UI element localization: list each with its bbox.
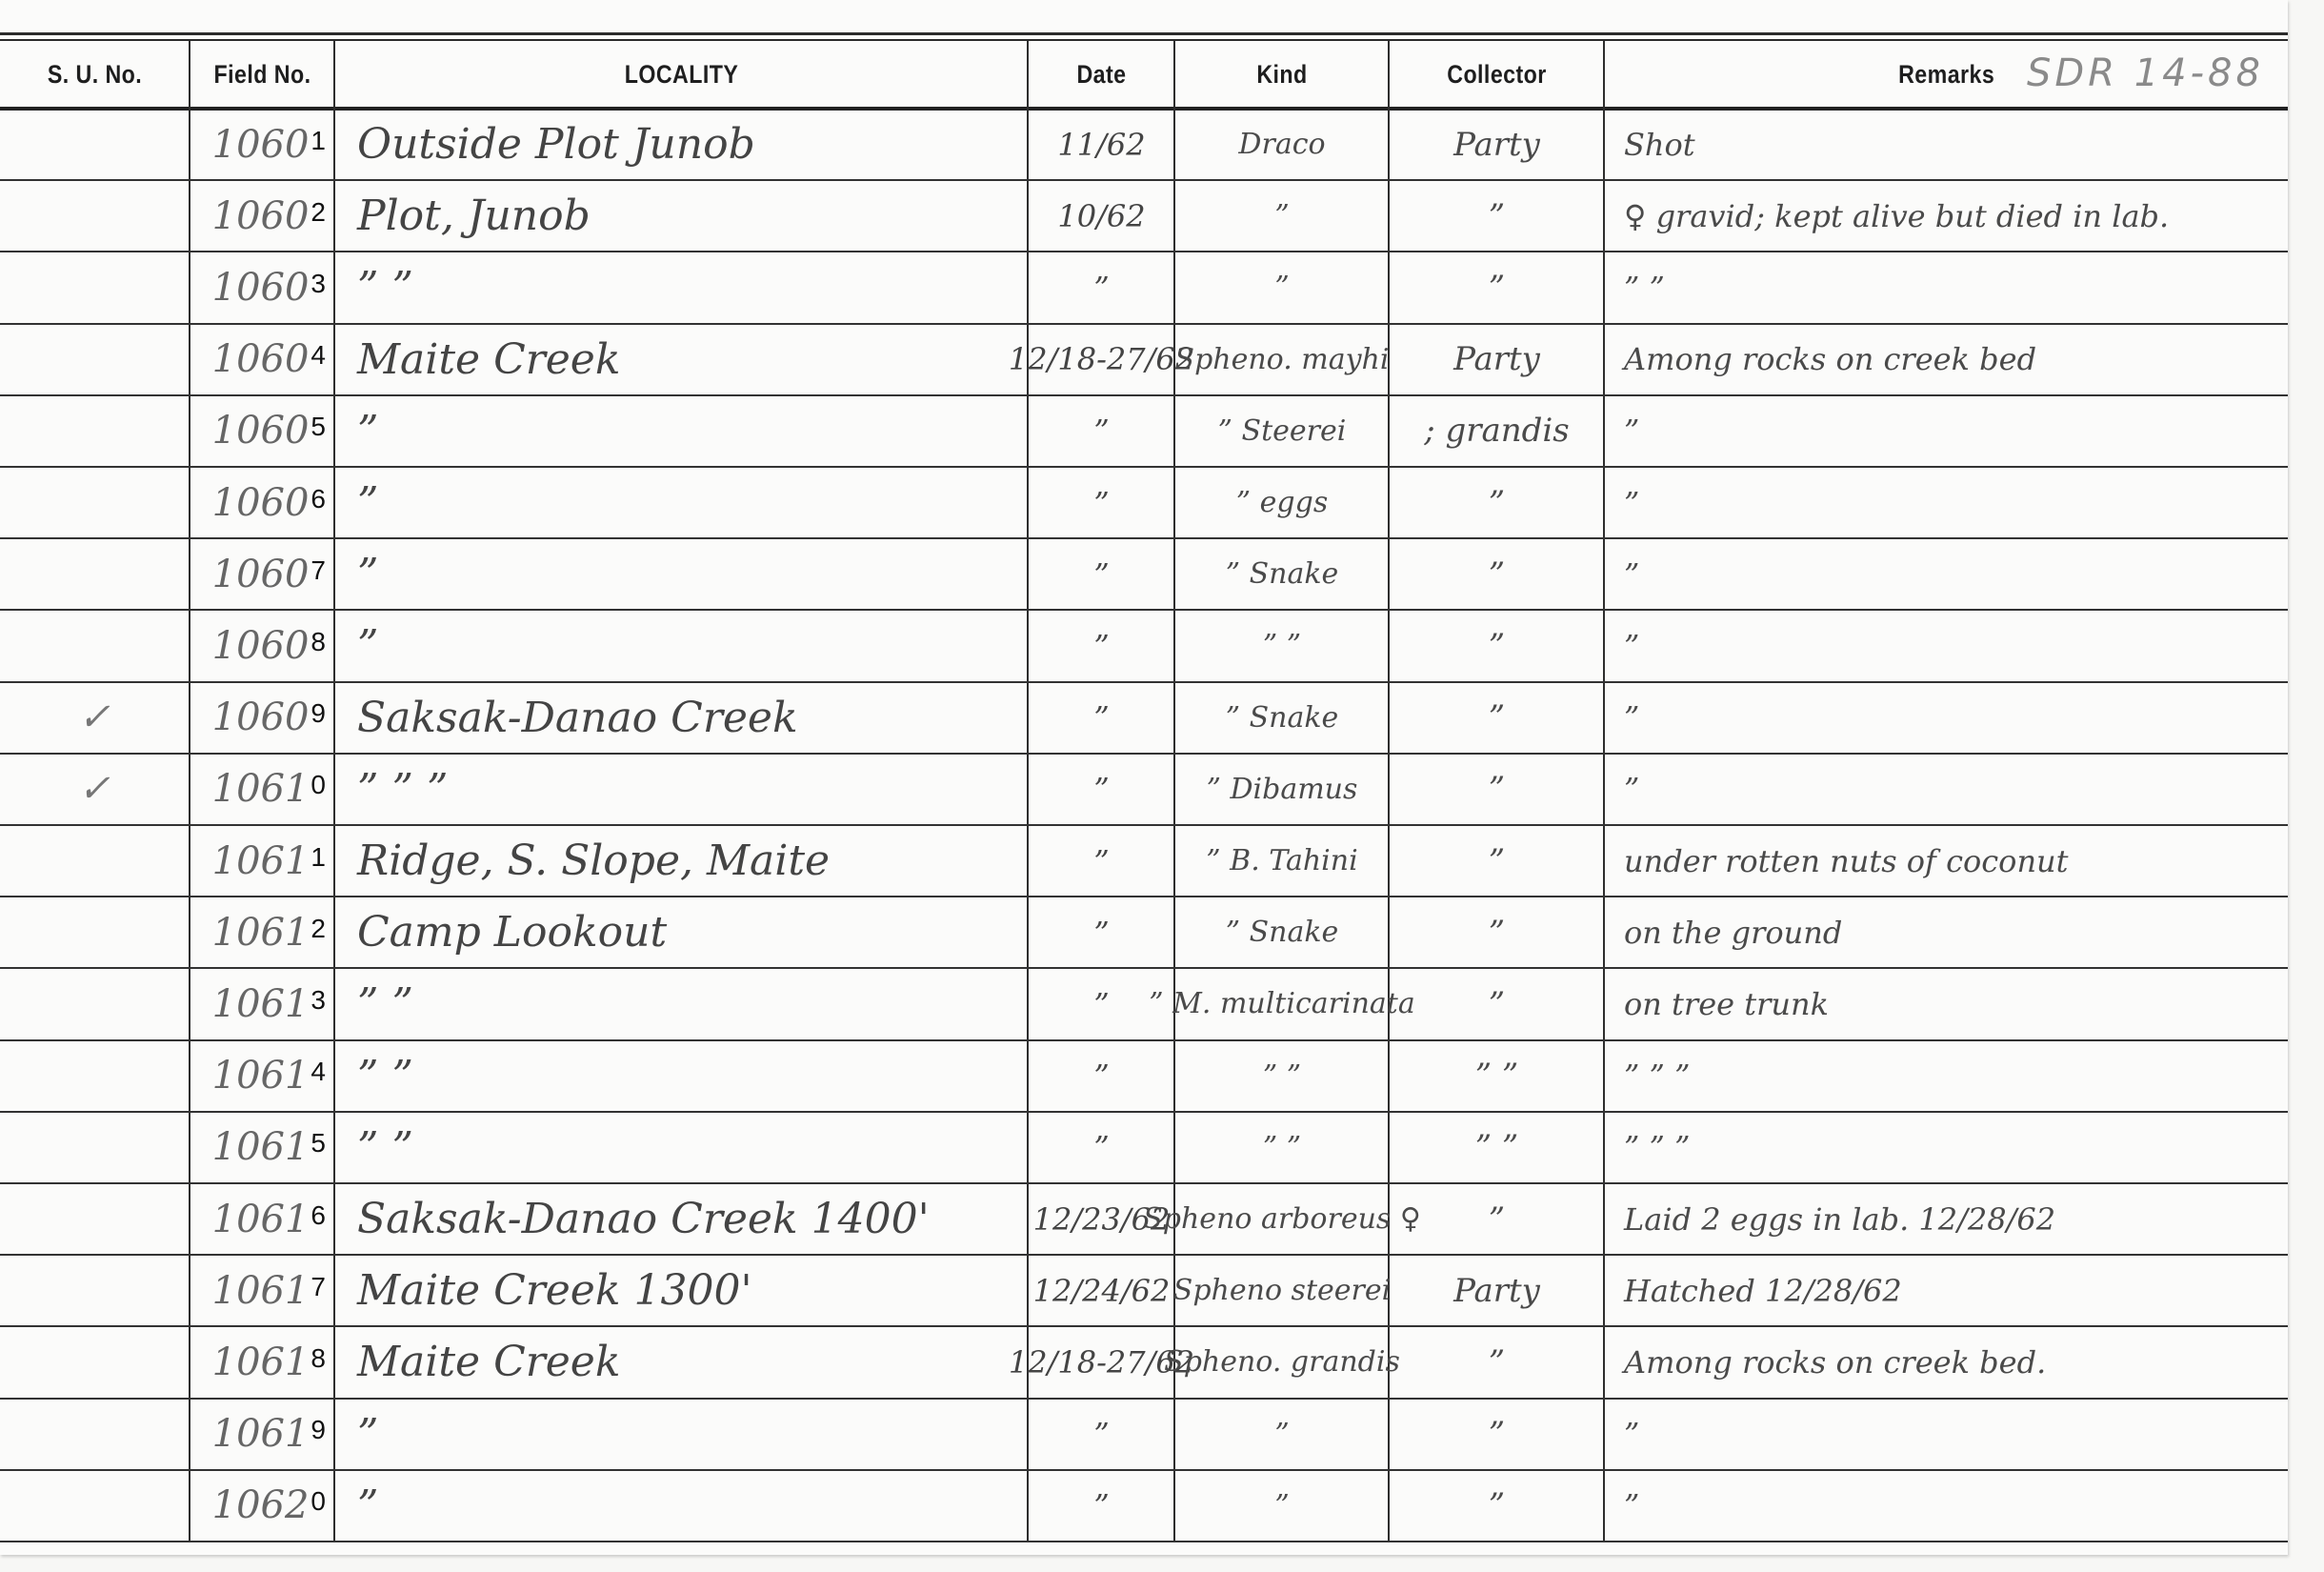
field-number-printed-digit: 1 xyxy=(311,842,326,873)
field-number-handwritten: 1060 xyxy=(212,695,310,739)
field-number-printed-digit: 5 xyxy=(311,412,326,442)
remarks-cell: ” xyxy=(1624,754,2286,825)
locality-cell: Maite Creek 1300' xyxy=(357,1255,1024,1326)
su-check-mark xyxy=(0,825,189,897)
collector-cell: ; grandis xyxy=(1390,395,1604,467)
field-number-handwritten: 1060 xyxy=(212,123,310,167)
date-cell: 11/62 xyxy=(1029,109,1174,180)
kind-cell: ” ” xyxy=(1175,1112,1389,1183)
remarks-cell: ” ” ” xyxy=(1624,1040,2286,1112)
su-check-mark xyxy=(0,1112,189,1183)
kind-cell: ” Snake xyxy=(1175,897,1389,968)
remarks-cell: on tree trunk xyxy=(1624,968,2286,1039)
remarks-cell: ♀ gravid; kept alive but died in lab. xyxy=(1624,180,2286,252)
field-number-handwritten: 1061 xyxy=(212,767,310,811)
field-number-handwritten: 1060 xyxy=(212,337,310,381)
locality-cell: Saksak-Danao Creek xyxy=(357,682,1024,754)
field-number-handwritten: 1062 xyxy=(212,1483,310,1527)
kind-cell: Spheno arboreus ♀ xyxy=(1175,1183,1389,1255)
header-locality: LOCALITY xyxy=(384,41,979,108)
remarks-cell: ” xyxy=(1624,467,2286,538)
locality-cell: Maite Creek xyxy=(357,324,1024,395)
date-cell: 12/18-27/62 xyxy=(1029,324,1174,395)
date-cell: 10/62 xyxy=(1029,180,1174,252)
field-number-printed-digit: 6 xyxy=(311,484,326,514)
field-number-cell: 10602 xyxy=(190,180,333,252)
field-number-handwritten: 1060 xyxy=(212,481,310,525)
field-number-cell: 10613 xyxy=(190,968,333,1039)
date-cell: ” xyxy=(1029,610,1174,681)
collector-cell: ” xyxy=(1390,1183,1604,1255)
field-number-printed-digit: 1 xyxy=(311,126,326,156)
date-cell: ” xyxy=(1029,252,1174,323)
locality-cell: ” ” xyxy=(357,1040,1024,1112)
header-su-no: S. U. No. xyxy=(13,41,176,108)
locality-cell: ” ” xyxy=(357,968,1024,1039)
locality-cell: Maite Creek xyxy=(357,1326,1024,1398)
collector-cell: ” xyxy=(1390,1326,1604,1398)
date-cell: ” xyxy=(1029,897,1174,968)
locality-cell: ” ” xyxy=(357,1112,1024,1183)
collector-cell: ” xyxy=(1390,252,1604,323)
field-number-handwritten: 1060 xyxy=(212,553,310,596)
field-number-handwritten: 1061 xyxy=(212,1269,310,1313)
top-double-rule xyxy=(0,32,2288,35)
collector-cell: ” xyxy=(1390,538,1604,610)
locality-cell: ” xyxy=(357,538,1024,610)
field-number-printed-digit: 4 xyxy=(311,1057,326,1087)
field-number-printed-digit: 9 xyxy=(311,698,326,729)
kind-cell: ” Dibamus xyxy=(1175,754,1389,825)
su-check-mark xyxy=(0,1326,189,1398)
su-check-mark xyxy=(0,968,189,1039)
field-number-printed-digit: 0 xyxy=(311,1486,326,1517)
locality-cell: Outside Plot Junob xyxy=(357,109,1024,180)
field-number-cell: 10619 xyxy=(190,1399,333,1470)
locality-cell: ” xyxy=(357,1470,1024,1542)
su-check-mark xyxy=(0,324,189,395)
field-number-cell: 10614 xyxy=(190,1040,333,1112)
field-number-handwritten: 1061 xyxy=(212,911,310,955)
field-number-printed-digit: 8 xyxy=(311,627,326,657)
kind-cell: ” B. Tahini xyxy=(1175,825,1389,897)
field-number-printed-digit: 7 xyxy=(311,1272,326,1302)
collector-cell: ” xyxy=(1390,825,1604,897)
kind-cell: ” Steerei xyxy=(1175,395,1389,467)
su-check-mark xyxy=(0,610,189,681)
field-number-cell: 10604 xyxy=(190,324,333,395)
date-cell: ” xyxy=(1029,1112,1174,1183)
locality-cell: ” xyxy=(357,395,1024,467)
remarks-cell: under rotten nuts of coconut xyxy=(1624,825,2286,897)
collector-cell: Party xyxy=(1390,109,1604,180)
remarks-cell: ” xyxy=(1624,395,2286,467)
kind-cell: ” ” xyxy=(1175,610,1389,681)
remarks-cell: Among rocks on creek bed xyxy=(1624,324,2286,395)
locality-cell: ” ” xyxy=(357,252,1024,323)
date-cell: ” xyxy=(1029,1399,1174,1470)
remarks-cell: ” ” ” xyxy=(1624,1112,2286,1183)
collector-cell: ” xyxy=(1390,897,1604,968)
field-number-cell: 10603 xyxy=(190,252,333,323)
field-number-cell: 10616 xyxy=(190,1183,333,1255)
kind-cell: Spheno. mayhi xyxy=(1175,324,1389,395)
kind-cell: ” xyxy=(1175,1399,1389,1470)
field-number-handwritten: 1061 xyxy=(212,1125,310,1169)
field-number-cell: 10611 xyxy=(190,825,333,897)
field-number-cell: 10606 xyxy=(190,467,333,538)
remarks-cell: ” xyxy=(1624,610,2286,681)
collector-cell: ” xyxy=(1390,1470,1604,1542)
collector-cell: ” ” xyxy=(1390,1112,1604,1183)
field-number-printed-digit: 4 xyxy=(311,340,326,371)
locality-cell: Saksak-Danao Creek 1400' xyxy=(357,1183,1024,1255)
remarks-cell: ” xyxy=(1624,538,2286,610)
remarks-cell: ” xyxy=(1624,1470,2286,1542)
remarks-cell: ” xyxy=(1624,682,2286,754)
header-remarks: Remarks xyxy=(1634,41,1994,108)
field-number-cell: 10601 xyxy=(190,109,333,180)
catalog-annotation: SDR 14-88 xyxy=(2027,51,2264,95)
field-number-handwritten: 1060 xyxy=(212,194,310,238)
locality-cell: ” ” ” xyxy=(357,754,1024,825)
header-collector: Collector xyxy=(1405,41,1590,108)
column-divider xyxy=(333,41,335,1542)
field-number-cell: 10610 xyxy=(190,754,333,825)
field-number-cell: 10620 xyxy=(190,1470,333,1542)
su-check-mark xyxy=(0,1040,189,1112)
su-check-mark: ✓ xyxy=(0,754,189,825)
date-cell: ” xyxy=(1029,1470,1174,1542)
kind-cell: ” xyxy=(1175,1470,1389,1542)
su-check-mark xyxy=(0,180,189,252)
field-number-printed-digit: 3 xyxy=(311,269,326,299)
field-number-cell: 10618 xyxy=(190,1326,333,1398)
field-number-handwritten: 1061 xyxy=(212,982,310,1026)
field-number-handwritten: 1061 xyxy=(212,1198,310,1241)
field-number-handwritten: 1061 xyxy=(212,1412,310,1456)
date-cell: ” xyxy=(1029,682,1174,754)
field-number-printed-digit: 7 xyxy=(311,555,326,586)
collector-cell: ” ” xyxy=(1390,1040,1604,1112)
su-check-mark xyxy=(0,395,189,467)
remarks-cell: Among rocks on creek bed. xyxy=(1624,1326,2286,1398)
field-number-printed-digit: 8 xyxy=(311,1343,326,1374)
field-number-handwritten: 1060 xyxy=(212,409,310,453)
su-check-mark xyxy=(0,1183,189,1255)
date-cell: 12/24/62 xyxy=(1029,1255,1174,1326)
collector-cell: ” xyxy=(1390,968,1604,1039)
collector-cell: ” xyxy=(1390,1399,1604,1470)
su-check-mark xyxy=(0,1399,189,1470)
collector-cell: ” xyxy=(1390,682,1604,754)
catalog-card: S. U. No. Field No. LOCALITY Date Kind C… xyxy=(0,0,2288,1555)
date-cell: ” xyxy=(1029,538,1174,610)
field-number-cell: 10605 xyxy=(190,395,333,467)
collector-cell: Party xyxy=(1390,1255,1604,1326)
collector-cell: Party xyxy=(1390,324,1604,395)
su-check-mark xyxy=(0,1255,189,1326)
locality-cell: Plot, Junob xyxy=(357,180,1024,252)
date-cell: 12/18-27/62 xyxy=(1029,1326,1174,1398)
remarks-cell: on the ground xyxy=(1624,897,2286,968)
kind-cell: ” M. multicarinata xyxy=(1175,968,1389,1039)
field-number-handwritten: 1060 xyxy=(212,624,310,668)
kind-cell: Spheno. grandis xyxy=(1175,1326,1389,1398)
field-number-cell: 10617 xyxy=(190,1255,333,1326)
locality-cell: ” xyxy=(357,467,1024,538)
locality-cell: ” xyxy=(357,1399,1024,1470)
kind-cell: ” Snake xyxy=(1175,538,1389,610)
collector-cell: ” xyxy=(1390,467,1604,538)
header-field-no: Field No. xyxy=(201,41,325,108)
locality-cell: Camp Lookout xyxy=(357,897,1024,968)
date-cell: ” xyxy=(1029,825,1174,897)
field-number-handwritten: 1061 xyxy=(212,1054,310,1098)
su-check-mark: ✓ xyxy=(0,682,189,754)
field-number-handwritten: 1061 xyxy=(212,839,310,883)
remarks-cell: ” xyxy=(1624,1399,2286,1470)
field-number-printed-digit: 2 xyxy=(311,914,326,944)
collector-cell: ” xyxy=(1390,180,1604,252)
field-number-handwritten: 1061 xyxy=(212,1340,310,1384)
collector-cell: ” xyxy=(1390,754,1604,825)
locality-cell: Ridge, S. Slope, Maite xyxy=(357,825,1024,897)
field-number-handwritten: 1060 xyxy=(212,266,310,310)
field-number-cell: 10615 xyxy=(190,1112,333,1183)
remarks-cell: Hatched 12/28/62 xyxy=(1624,1255,2286,1326)
kind-cell: Draco xyxy=(1175,109,1389,180)
field-number-printed-digit: 5 xyxy=(311,1128,326,1159)
remarks-cell: Laid 2 eggs in lab. 12/28/62 xyxy=(1624,1183,2286,1255)
field-number-cell: 10607 xyxy=(190,538,333,610)
su-check-mark xyxy=(0,467,189,538)
date-cell: ” xyxy=(1029,1040,1174,1112)
remarks-cell: ” ” xyxy=(1624,252,2286,323)
su-check-mark xyxy=(0,1470,189,1542)
collector-cell: ” xyxy=(1390,610,1604,681)
field-number-printed-digit: 2 xyxy=(311,197,326,228)
su-check-mark xyxy=(0,109,189,180)
field-number-cell: 10609 xyxy=(190,682,333,754)
su-check-mark xyxy=(0,252,189,323)
field-number-cell: 10608 xyxy=(190,610,333,681)
header-kind: Kind xyxy=(1191,41,1374,108)
kind-cell: ” xyxy=(1175,180,1389,252)
header-date: Date xyxy=(1039,41,1165,108)
locality-cell: ” xyxy=(357,610,1024,681)
su-check-mark xyxy=(0,897,189,968)
kind-cell: ” xyxy=(1175,252,1389,323)
date-cell: ” xyxy=(1029,467,1174,538)
kind-cell: ” eggs xyxy=(1175,467,1389,538)
field-number-cell: 10612 xyxy=(190,897,333,968)
su-check-mark xyxy=(0,538,189,610)
field-number-printed-digit: 9 xyxy=(311,1415,326,1445)
field-number-printed-digit: 3 xyxy=(311,985,326,1016)
kind-cell: ” ” xyxy=(1175,1040,1389,1112)
field-number-printed-digit: 0 xyxy=(311,770,326,800)
date-cell: ” xyxy=(1029,395,1174,467)
date-cell: ” xyxy=(1029,754,1174,825)
kind-cell: ” Snake xyxy=(1175,682,1389,754)
kind-cell: Spheno steerei xyxy=(1175,1255,1389,1326)
remarks-cell: Shot xyxy=(1624,109,2286,180)
field-number-printed-digit: 6 xyxy=(311,1200,326,1231)
